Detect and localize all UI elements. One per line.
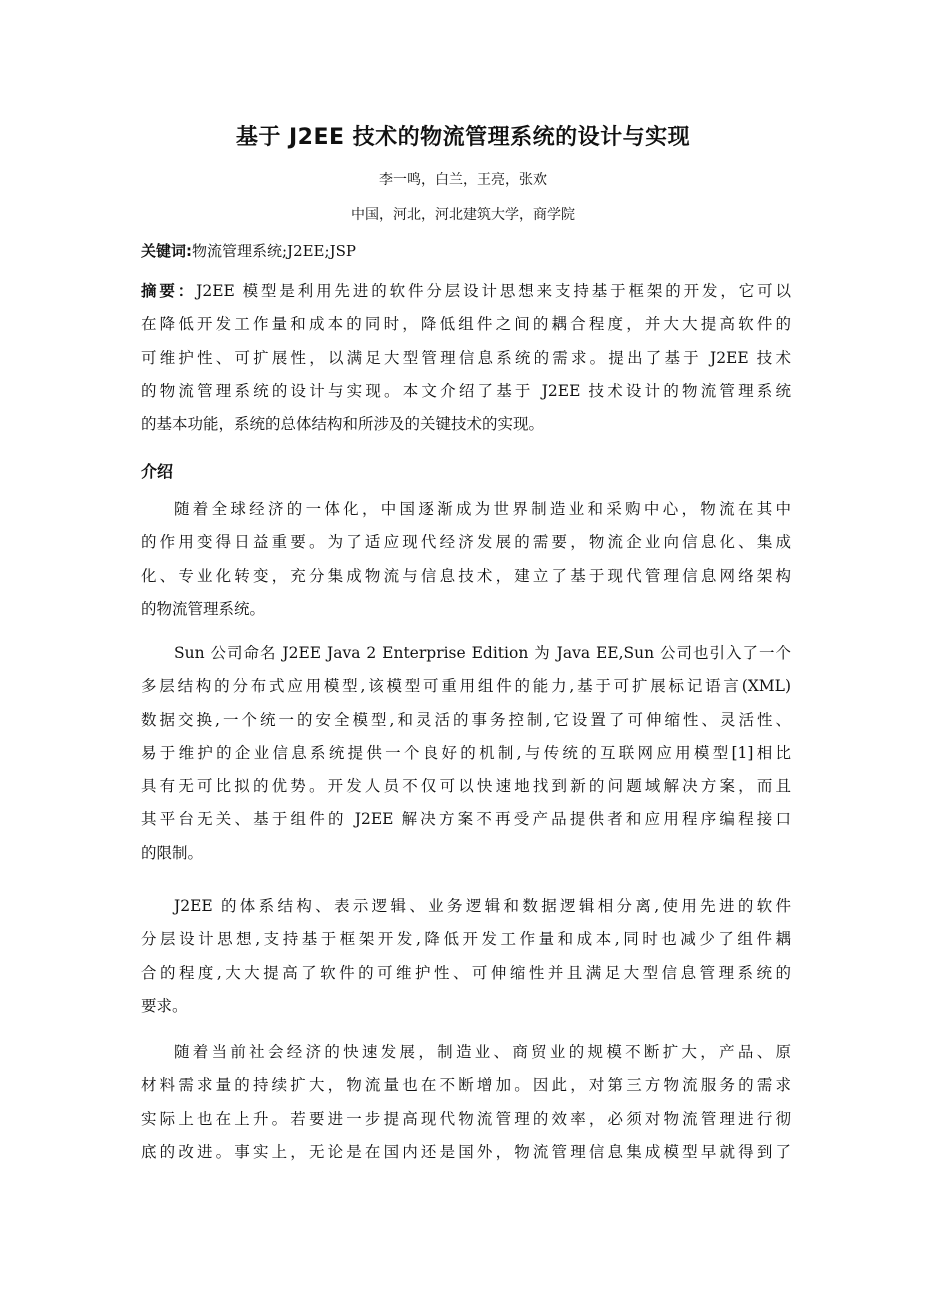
paragraph-line: 数据交换,一个统一的安全模型,和灵活的事务控制,它设置了可伸缩性、灵活性、 [141,704,791,737]
abstract-label: 摘要： [141,282,196,300]
abstract-line: 的基本功能，系统的总体结构和所涉及的关键技术的实现。 [141,408,791,441]
paragraph-line: 的作用变得日益重要。为了适应现代经济发展的需要，物流企业向信息化、集成 [141,526,791,559]
keywords-label: 关键词: [141,242,192,260]
keywords-value: 物流管理系统;J2EE;JSP [192,242,356,260]
paragraph-line: 随着当前社会经济的快速发展，制造业、商贸业的规模不断扩大，产品、原 [141,1036,791,1069]
abstract: 摘要：J2EE 模型是利用先进的软件分层设计思想来支持基于框架的开发，它可以 在… [141,275,791,441]
paragraph-line: 化、专业化转变，充分集成物流与信息技术，建立了基于现代管理信息网络架构 [141,560,791,593]
paragraph-line: 要求。 [141,990,791,1023]
author-list: 李一鸣，白兰，王亮，张欢 [0,170,926,190]
paragraph-line: 多层结构的分布式应用模型,该模型可重用组件的能力,基于可扩展标记语言(XML) [141,670,791,703]
intro-paragraph-3: J2EE 的体系结构、表示逻辑、业务逻辑和数据逻辑相分离,使用先进的软件 分层设… [141,890,791,1023]
abstract-line: 的物流管理系统的设计与实现。本文介绍了基于 J2EE 技术设计的物流管理系统 [141,375,791,408]
paragraph-line: 的物流管理系统。 [141,593,791,626]
paragraph-line: Sun 公司命名 J2EE Java 2 Enterprise Edition … [141,637,791,670]
paragraph-line: 实际上也在上升。若要进一步提高现代物流管理的效率，必须对物流管理进行彻 [141,1103,791,1136]
paragraph-line: 底的改进。事实上，无论是在国内还是国外，物流管理信息集成模型早就得到了 [141,1136,791,1169]
keywords-line: 关键词:物流管理系统;J2EE;JSP [141,240,356,262]
paragraph-line: 的限制。 [141,837,791,870]
document-page: 基于 J2EE 技术的物流管理系统的设计与实现 李一鸣，白兰，王亮，张欢 中国，… [0,0,926,1309]
paragraph-line: 易于维护的企业信息系统提供一个良好的机制,与传统的互联网应用模型[1]相比 [141,737,791,770]
intro-paragraph-4: 随着当前社会经济的快速发展，制造业、商贸业的规模不断扩大，产品、原 材料需求量的… [141,1036,791,1169]
paragraph-line: 其平台无关、基于组件的 J2EE 解决方案不再受产品提供者和应用程序编程接口 [141,803,791,836]
abstract-line: 摘要：J2EE 模型是利用先进的软件分层设计思想来支持基于框架的开发，它可以 [141,275,791,308]
paragraph-line: 具有无可比拟的优势。开发人员不仅可以快速地找到新的问题域解决方案，而且 [141,770,791,803]
paragraph-line: 分层设计思想,支持基于框架开发,降低开发工作量和成本,同时也减少了组件耦 [141,923,791,956]
paragraph-line: 材料需求量的持续扩大，物流量也在不断增加。因此，对第三方物流服务的需求 [141,1069,791,1102]
paragraph-line: 合的程度,大大提高了软件的可维护性、可伸缩性并且满足大型信息管理系统的 [141,957,791,990]
paragraph-line: J2EE 的体系结构、表示逻辑、业务逻辑和数据逻辑相分离,使用先进的软件 [141,890,791,923]
abstract-line: 在降低开发工作量和成本的同时，降低组件之间的耦合程度，并大大提高软件的 [141,308,791,341]
paragraph-line: 随着全球经济的一体化，中国逐渐成为世界制造业和采购中心，物流在其中 [141,493,791,526]
paper-title: 基于 J2EE 技术的物流管理系统的设计与实现 [0,122,926,154]
affiliation: 中国，河北，河北建筑大学，商学院 [0,205,926,225]
section-heading-introduction: 介绍 [141,460,173,484]
abstract-line: 可维护性、可扩展性，以满足大型管理信息系统的需求。提出了基于 J2EE 技术 [141,342,791,375]
intro-paragraph-2: Sun 公司命名 J2EE Java 2 Enterprise Edition … [141,637,791,870]
intro-paragraph-1: 随着全球经济的一体化，中国逐渐成为世界制造业和采购中心，物流在其中 的作用变得日… [141,493,791,626]
